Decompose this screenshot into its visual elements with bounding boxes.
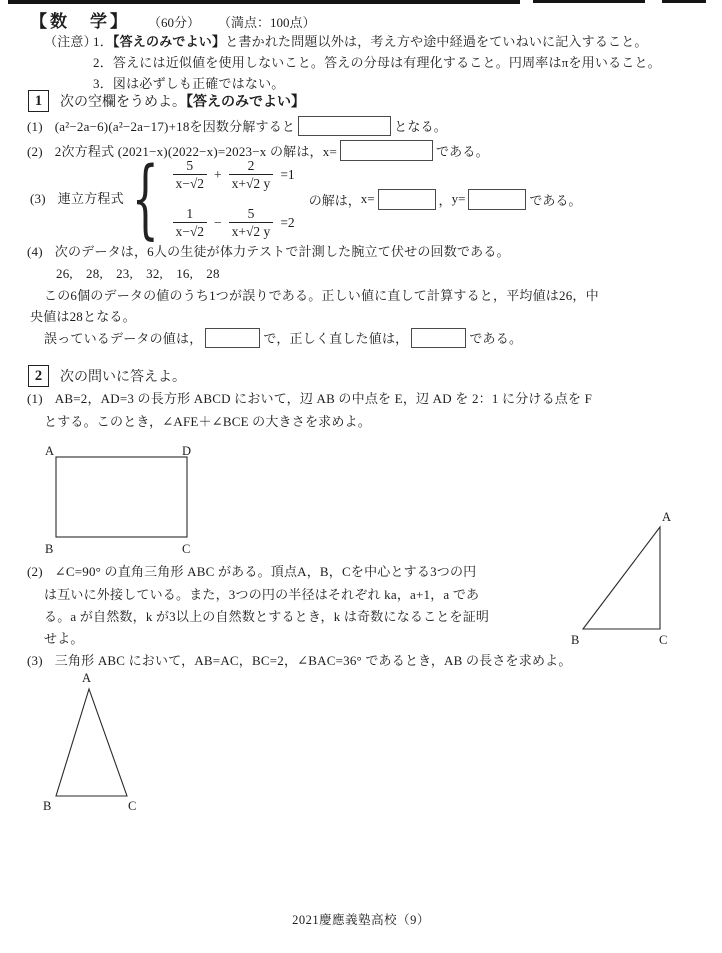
right-triangle-figure: A B C <box>550 500 722 660</box>
right-triangle-shape <box>583 527 660 629</box>
q1-3-answer-group: の解は， x= ， y= である。 <box>309 189 582 210</box>
q1-4-wrong-value-box <box>205 328 260 348</box>
notice-item-1: 1．【答えのみでよい】と書かれた問題以外は，考え方や途中経過をていねいに記入する… <box>93 33 648 51</box>
q1-3-y-answer-box <box>468 189 526 210</box>
q1-3-comma: ， <box>439 190 452 209</box>
q1-2-mid-text: の解は， <box>270 144 323 159</box>
q2-2-line4: せよ。 <box>44 630 84 648</box>
section2-heading: 次の問いに答えよ。 <box>60 366 186 386</box>
q1-4-ans-mid-text: で，正しく直した値は， <box>263 331 408 346</box>
vertex-label-c: C <box>659 633 667 647</box>
q1-3-tail-text: である。 <box>529 190 581 209</box>
section1-heading-pre: 次の空欄をうめよ。 <box>60 95 186 110</box>
notice-item-1-num: 1． <box>93 34 113 49</box>
q2-2-line1: (2)∠C=90° の直角三角形 ABC がある。頂点A，B，Cを中心とする3つ… <box>27 563 476 581</box>
operator: + <box>214 167 222 183</box>
fraction: 5x−√2 <box>173 158 208 192</box>
q1-3-y-var: y= <box>452 191 466 207</box>
denominator: x−√2 <box>173 174 208 192</box>
q1-4-intro-text: 次のデータは，6人の生徒が体力テストで計測した腕立て伏せの回数である。 <box>55 244 510 259</box>
q1-4-line1: (4)次のデータは，6人の生徒が体力テストで計測した腕立て伏せの回数である。 <box>27 243 510 261</box>
vertex-label-a: A <box>45 444 54 458</box>
equation-rhs: =1 <box>280 167 294 183</box>
vertex-label-d: D <box>182 444 191 458</box>
q1-3-block: (3) 連立方程式 { 5x−√2 + 2x+√2 y =1 1x−√2 − 5… <box>30 160 581 238</box>
fraction: 5x+√2 y <box>229 206 274 240</box>
section1-number-box: 1 <box>28 90 49 112</box>
section2-heading-row: 2 次の問いに答えよ。 <box>28 365 186 387</box>
numerator: 1 <box>173 206 208 222</box>
duration-label: （60分） <box>148 12 200 31</box>
operator: − <box>214 215 222 231</box>
vertex-label-c: C <box>128 799 136 813</box>
q1-2-lead-text: 2次方程式 <box>55 144 115 159</box>
exam-header: 【数 学】 （60分） （満点：100点） <box>30 7 316 32</box>
vertex-label-a: A <box>662 510 671 524</box>
notice-label: （注意） <box>44 33 97 51</box>
q1-1-line: (1)(a²−2a−6)(a²−2a−17)+18を因数分解するととなる。 <box>27 116 447 136</box>
points-label: （満点：100点） <box>218 12 316 31</box>
section1-heading-bold: 【答えのみでよい】 <box>186 95 305 110</box>
numerator: 5 <box>229 206 274 222</box>
q1-4-correct-value-box <box>411 328 466 348</box>
scan-artifact-bar <box>662 0 706 3</box>
q1-1-pre-box-text: を因数分解すると <box>190 119 296 134</box>
q2-2-line3: る。a が自然数，k が3以上の自然数とするとき，k は奇数になることを証明 <box>44 608 489 626</box>
q2-1-line2: とする。このとき，∠AFE＋∠BCE の大きさを求めよ。 <box>44 413 371 431</box>
vertex-label-b: B <box>45 542 53 556</box>
system-brace: { <box>131 161 158 237</box>
q1-3-x-answer-box <box>378 189 436 210</box>
q1-1-expression: (a²−2a−6)(a²−2a−17)+18 <box>55 119 190 134</box>
q2-1-label: (1) <box>27 390 43 408</box>
q1-4-ans-tail-text: である。 <box>469 331 522 346</box>
q1-1-post-box-text: となる。 <box>394 119 447 134</box>
q1-3-lead-text: 連立方程式 <box>58 190 124 208</box>
q1-4-line2: この6個のデータの値のうち1つが誤りである。正しい値に直して計算すると，平均値は… <box>44 287 599 305</box>
q1-1-label: (1) <box>27 118 43 136</box>
isosceles-triangle-figure: A B C <box>30 665 150 817</box>
q1-2-x-var: x= <box>323 144 337 159</box>
vertex-label-b: B <box>43 799 51 813</box>
equation-column: 5x−√2 + 2x+√2 y =1 1x−√2 − 5x+√2 y =2 <box>173 158 295 240</box>
denominator: x−√2 <box>173 222 208 240</box>
notice-item-2: 2．答えには近似値を使用しないこと。答えの分母は有理化すること。円周率はπを用い… <box>93 54 661 72</box>
q2-1-line1: (1)AB=2，AD=3 の長方形 ABCD において，辺 AB の中点を E，… <box>27 390 592 408</box>
q1-2-answer-box <box>340 140 433 161</box>
vertex-label-a: A <box>82 671 91 685</box>
equation-rhs: =2 <box>280 215 294 231</box>
section2-number-box: 2 <box>28 365 49 387</box>
vertex-label-b: B <box>571 633 579 647</box>
q1-1-answer-box <box>298 116 391 136</box>
q1-2-tail-text: である。 <box>436 144 489 159</box>
isosceles-triangle-shape <box>56 689 127 796</box>
numerator: 5 <box>173 158 208 174</box>
notice-item-1-rest: と書かれた問題以外は，考え方や途中経過をていねいに記入すること。 <box>225 34 647 49</box>
q1-4-answer-line: 誤っているデータの値は，で，正しく直した値は，である。 <box>44 328 522 348</box>
q1-3-label: (3) <box>30 190 46 208</box>
scan-artifact-bar <box>8 0 520 4</box>
fraction: 1x−√2 <box>173 206 208 240</box>
vertex-label-c: C <box>182 542 190 556</box>
q1-4-label: (4) <box>27 243 43 261</box>
q1-2-label: (2) <box>27 143 43 161</box>
section1-heading-row: 1 次の空欄をうめよ。【答えのみでよい】 <box>28 90 305 112</box>
numerator: 2 <box>229 158 274 174</box>
page-footer: 2021慶應義塾高校（9） <box>0 910 722 928</box>
scan-artifact-bar <box>533 0 645 3</box>
rectangle-figure: A D B C <box>38 442 208 560</box>
q1-4-line3: 央値は28となる。 <box>30 308 136 326</box>
rectangle-shape <box>56 457 187 537</box>
notice-item-1-bold: 【答えのみでよい】 <box>113 34 225 49</box>
exam-page: { "header": { "title": "【数 学】", "duratio… <box>0 0 722 953</box>
equation-1: 5x−√2 + 2x+√2 y =1 <box>173 158 295 192</box>
q1-3-x-var: x= <box>361 191 375 207</box>
subject-title: 【数 学】 <box>30 7 130 32</box>
denominator: x+√2 y <box>229 174 274 192</box>
q1-4-data-values: 26, 28, 23, 32, 16, 28 <box>56 265 220 283</box>
denominator: x+√2 y <box>229 222 274 240</box>
q1-3-mid-text: の解は， <box>309 190 361 209</box>
section1-heading: 次の空欄をうめよ。【答えのみでよい】 <box>60 91 305 111</box>
q1-4-ans-pre-text: 誤っているデータの値は， <box>44 331 202 346</box>
q2-2-label: (2) <box>27 563 43 581</box>
q2-1-text1: AB=2，AD=3 の長方形 ABCD において，辺 AB の中点を E，辺 A… <box>55 391 592 406</box>
q2-2-line2: は互いに外接している。また，3つの円の半径はそれぞれ ka，a+1，a であ <box>44 586 479 604</box>
fraction: 2x+√2 y <box>229 158 274 192</box>
equation-2: 1x−√2 − 5x+√2 y =2 <box>173 206 295 240</box>
q2-2-text1: ∠C=90° の直角三角形 ABC がある。頂点A，B，Cを中心とする3つの円 <box>55 564 477 579</box>
